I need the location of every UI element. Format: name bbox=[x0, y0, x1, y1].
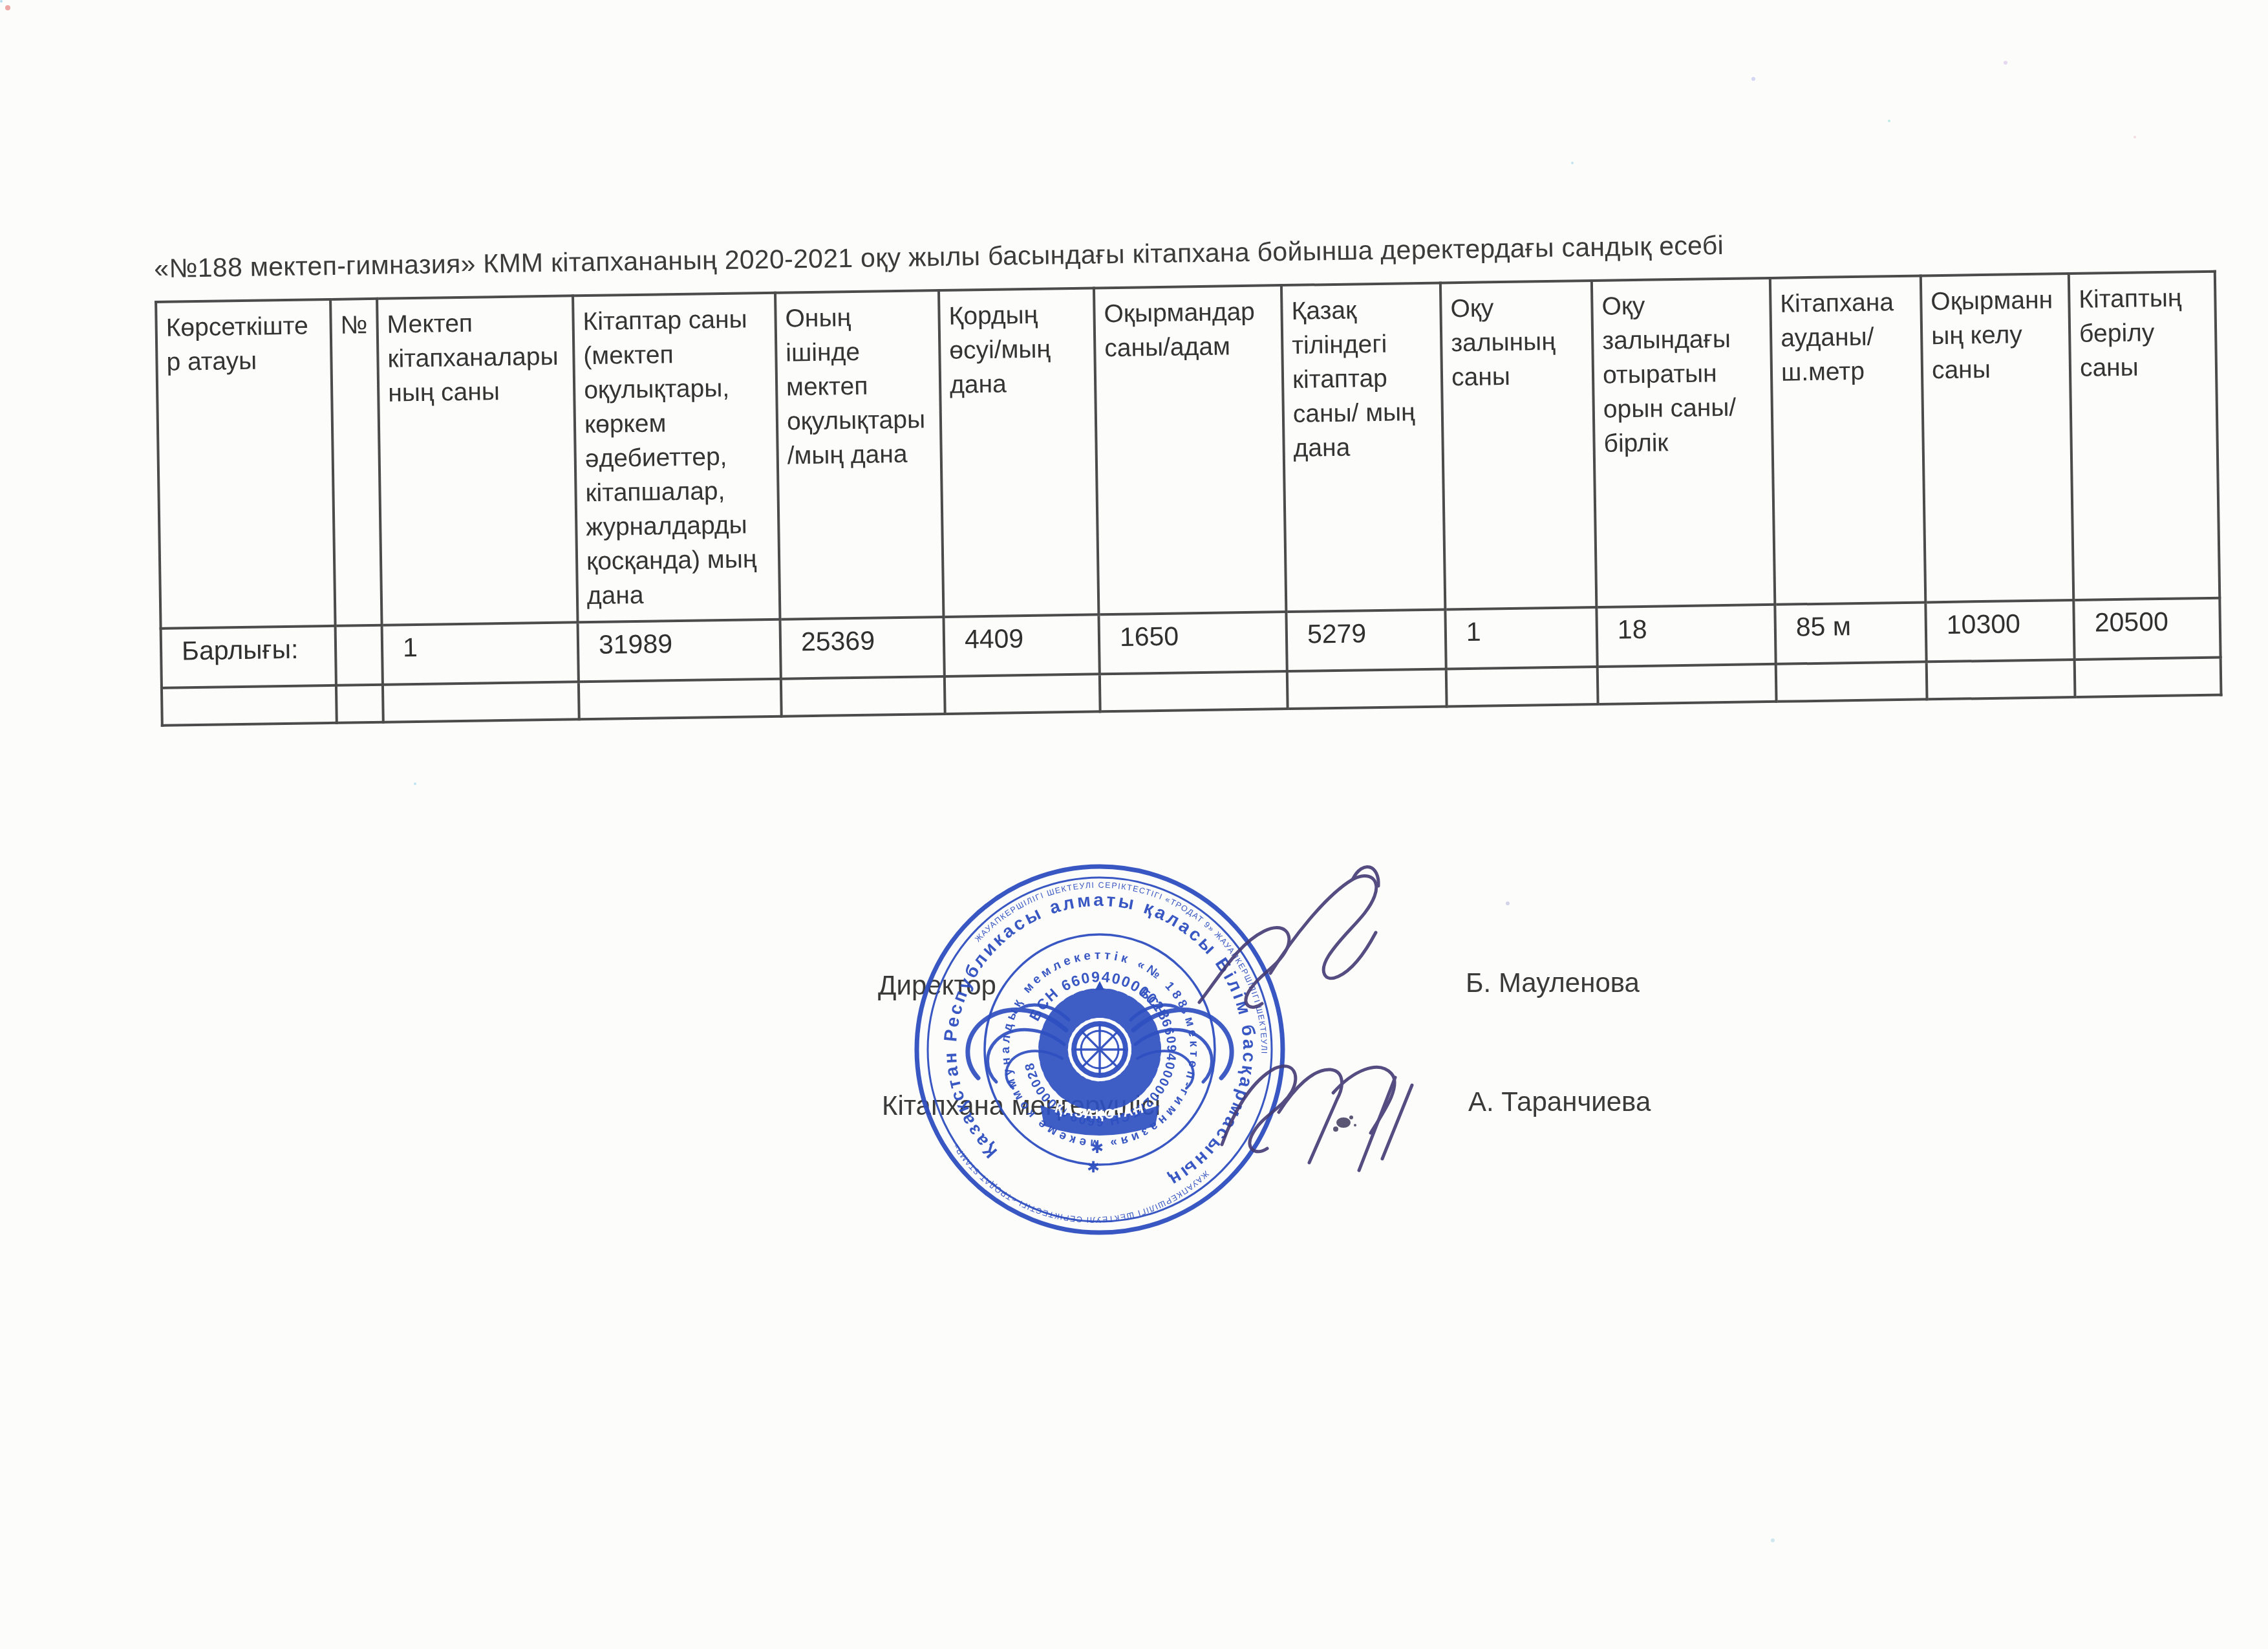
director-name: Б. Мауленова bbox=[1466, 967, 1640, 998]
empty-cell bbox=[1776, 662, 1927, 701]
total-value-cell: 25369 bbox=[780, 617, 944, 679]
column-header: Кітаптар саны (мектеп оқулықтары, көркем… bbox=[573, 293, 780, 623]
totals-label-cell: Барлығы: bbox=[161, 626, 336, 688]
total-value-cell: 31989 bbox=[578, 620, 781, 682]
column-header: Көрсеткіштер атауы bbox=[156, 299, 335, 629]
column-header: Оқырмандар саны/адам bbox=[1094, 285, 1286, 614]
total-value-cell: 85 м bbox=[1775, 602, 1926, 663]
empty-cell bbox=[336, 685, 383, 723]
column-header: Оның ішінде мектеп оқулықтары/мың дана bbox=[775, 290, 943, 620]
total-value-cell: 10300 bbox=[1925, 600, 2074, 662]
empty-cell bbox=[1927, 660, 2075, 699]
empty-cell bbox=[1287, 669, 1447, 709]
stamp-asterisk-icon: ✱ bbox=[1091, 1139, 1104, 1157]
header-row: Көрсеткіштер атауы № Мектеп кітапханалар… bbox=[156, 272, 2220, 629]
column-header: Мектеп кітапханаларының саны bbox=[377, 296, 577, 625]
column-header: Оқырманның келу саны bbox=[1921, 274, 2073, 602]
empty-cell bbox=[579, 679, 782, 720]
empty-cell bbox=[781, 676, 945, 717]
scan-noise bbox=[0, 0, 3, 3]
library-report-table: Көрсеткіштер атауы № Мектеп кітапханалар… bbox=[155, 270, 2222, 727]
column-header: Кітаптың берілу саны bbox=[2069, 272, 2220, 600]
column-header: № bbox=[330, 299, 381, 626]
total-value-cell bbox=[336, 625, 383, 685]
printed-block: «№188 мектеп-гимназия» КММ кітапхананың … bbox=[154, 223, 2230, 727]
column-header: Кітапхана ауданы/ ш.метр bbox=[1770, 275, 1925, 604]
total-value-cell: 1 bbox=[382, 622, 579, 684]
total-value-cell: 4409 bbox=[943, 614, 1099, 676]
ink-blot bbox=[1333, 1115, 1356, 1132]
total-value-cell: 1650 bbox=[1098, 612, 1287, 674]
column-header: Оқу залындағы отыратын орын саны/бірлік bbox=[1592, 278, 1775, 607]
director-signature bbox=[1199, 867, 1378, 1007]
empty-cell bbox=[383, 682, 579, 722]
empty-cell bbox=[1446, 667, 1598, 706]
scanned-report-page: { "document": { "title": "«№188 мектеп-г… bbox=[0, 0, 2268, 1649]
empty-cell bbox=[1598, 664, 1777, 704]
total-value-cell: 20500 bbox=[2073, 598, 2220, 660]
shanyrak-icon bbox=[1075, 1025, 1124, 1074]
librarian-name: А. Таранчиева bbox=[1468, 1086, 1651, 1117]
stamp-asterisk-icon: ✱ bbox=[1087, 1159, 1100, 1176]
column-header: Оқу залының саны bbox=[1440, 281, 1596, 609]
librarian-signature bbox=[1222, 1066, 1412, 1170]
column-header: Қордың өсуі/мың дана bbox=[939, 288, 1098, 617]
total-value-cell: 1 bbox=[1445, 607, 1597, 669]
empty-cell bbox=[2075, 658, 2221, 697]
total-value-cell: 18 bbox=[1596, 605, 1775, 667]
total-value-cell: 5279 bbox=[1286, 609, 1446, 671]
column-header: Қазақ тіліндегі кітаптар саны/ мың дана bbox=[1281, 283, 1445, 612]
empty-cell bbox=[162, 685, 337, 726]
empty-cell bbox=[945, 674, 1100, 714]
ink-signatures bbox=[1125, 841, 1435, 1203]
empty-cell bbox=[1100, 671, 1288, 711]
